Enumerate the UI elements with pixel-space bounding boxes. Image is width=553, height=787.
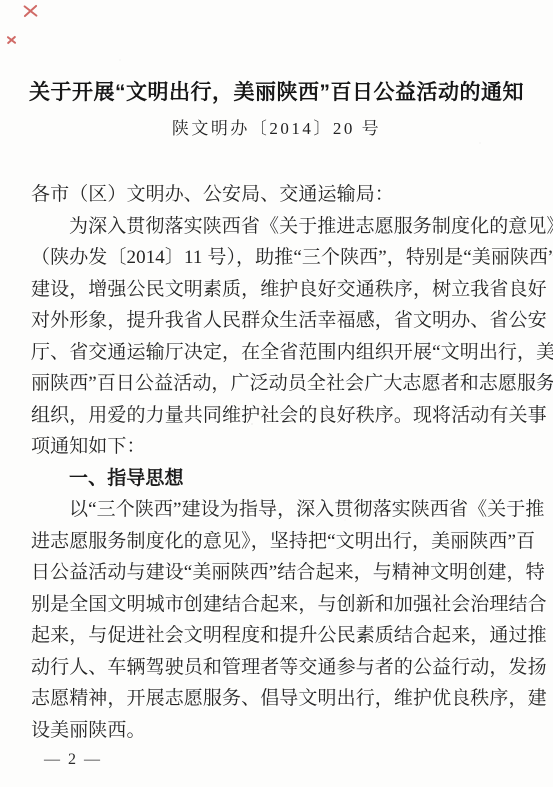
red-pen-mark-icon (6, 34, 17, 43)
red-pen-mark-icon (22, 3, 39, 16)
body-line: 设美丽陕西。 (31, 715, 525, 747)
salutation-line: 各市（区）文明办、公安局、交通运输局： (31, 179, 525, 211)
body-line: 以“三个陕西”建设为指导，深入贯彻落实陕西省《关于推 (31, 494, 525, 526)
body-line: （陕办发〔2014〕11 号），助推“三个陕西”，特别是“美丽陕西” (31, 242, 525, 274)
page-number: — 2 — (44, 751, 102, 769)
body-line: 项通知如下： (31, 431, 525, 463)
body-line: 厅、省交通运输厅决定，在全省范围内组织开展“文明出行，美 (31, 337, 525, 369)
body-line: 组织，用爱的力量共同维护社会的良好秩序。现将活动有关事 (31, 400, 525, 432)
body-line: 为深入贯彻落实陕西省《关于推进志愿服务制度化的意见》 (31, 211, 525, 243)
document-body: 各市（区）文明办、公安局、交通运输局： 为深入贯彻落实陕西省《关于推进志愿服务制… (31, 179, 525, 746)
body-line: 对外形象，提升我省人民群众生活幸福感，省文明办、省公安 (31, 305, 525, 337)
body-line: 别是全国文明城市创建结合起来，与创新和加强社会治理结合 (31, 589, 525, 621)
body-line: 进志愿服务制度化的意见》，坚持把“文明出行，美丽陕西”百 (31, 526, 525, 558)
body-line: 起来，与促进社会文明程度和提升公民素质结合起来，通过推 (31, 620, 525, 652)
body-line: 日公益活动与建设“美丽陕西”结合起来，与精神文明创建，特 (31, 557, 525, 589)
document-number: 陕文明办〔2014〕20 号 (0, 114, 553, 139)
body-line: 丽陕西”百日公益活动，广泛动员全社会广大志愿者和志愿服务 (31, 368, 525, 400)
section-heading: 一、指导思想 (31, 463, 525, 495)
scanned-document-page: 关于开展“文明出行，美丽陕西”百日公益活动的通知 陕文明办〔2014〕20 号 … (0, 0, 553, 787)
body-line: 志愿精神，开展志愿服务、倡导文明出行，维护优良秩序，建 (31, 683, 525, 715)
body-line: 建设，增强公民文明素质，维护良好交通秩序，树立我省良好 (31, 274, 525, 306)
document-title: 关于开展“文明出行，美丽陕西”百日公益活动的通知 (0, 76, 553, 106)
body-line: 动行人、车辆驾驶员和管理者等交通参与者的公益行动，发扬 (31, 652, 525, 684)
